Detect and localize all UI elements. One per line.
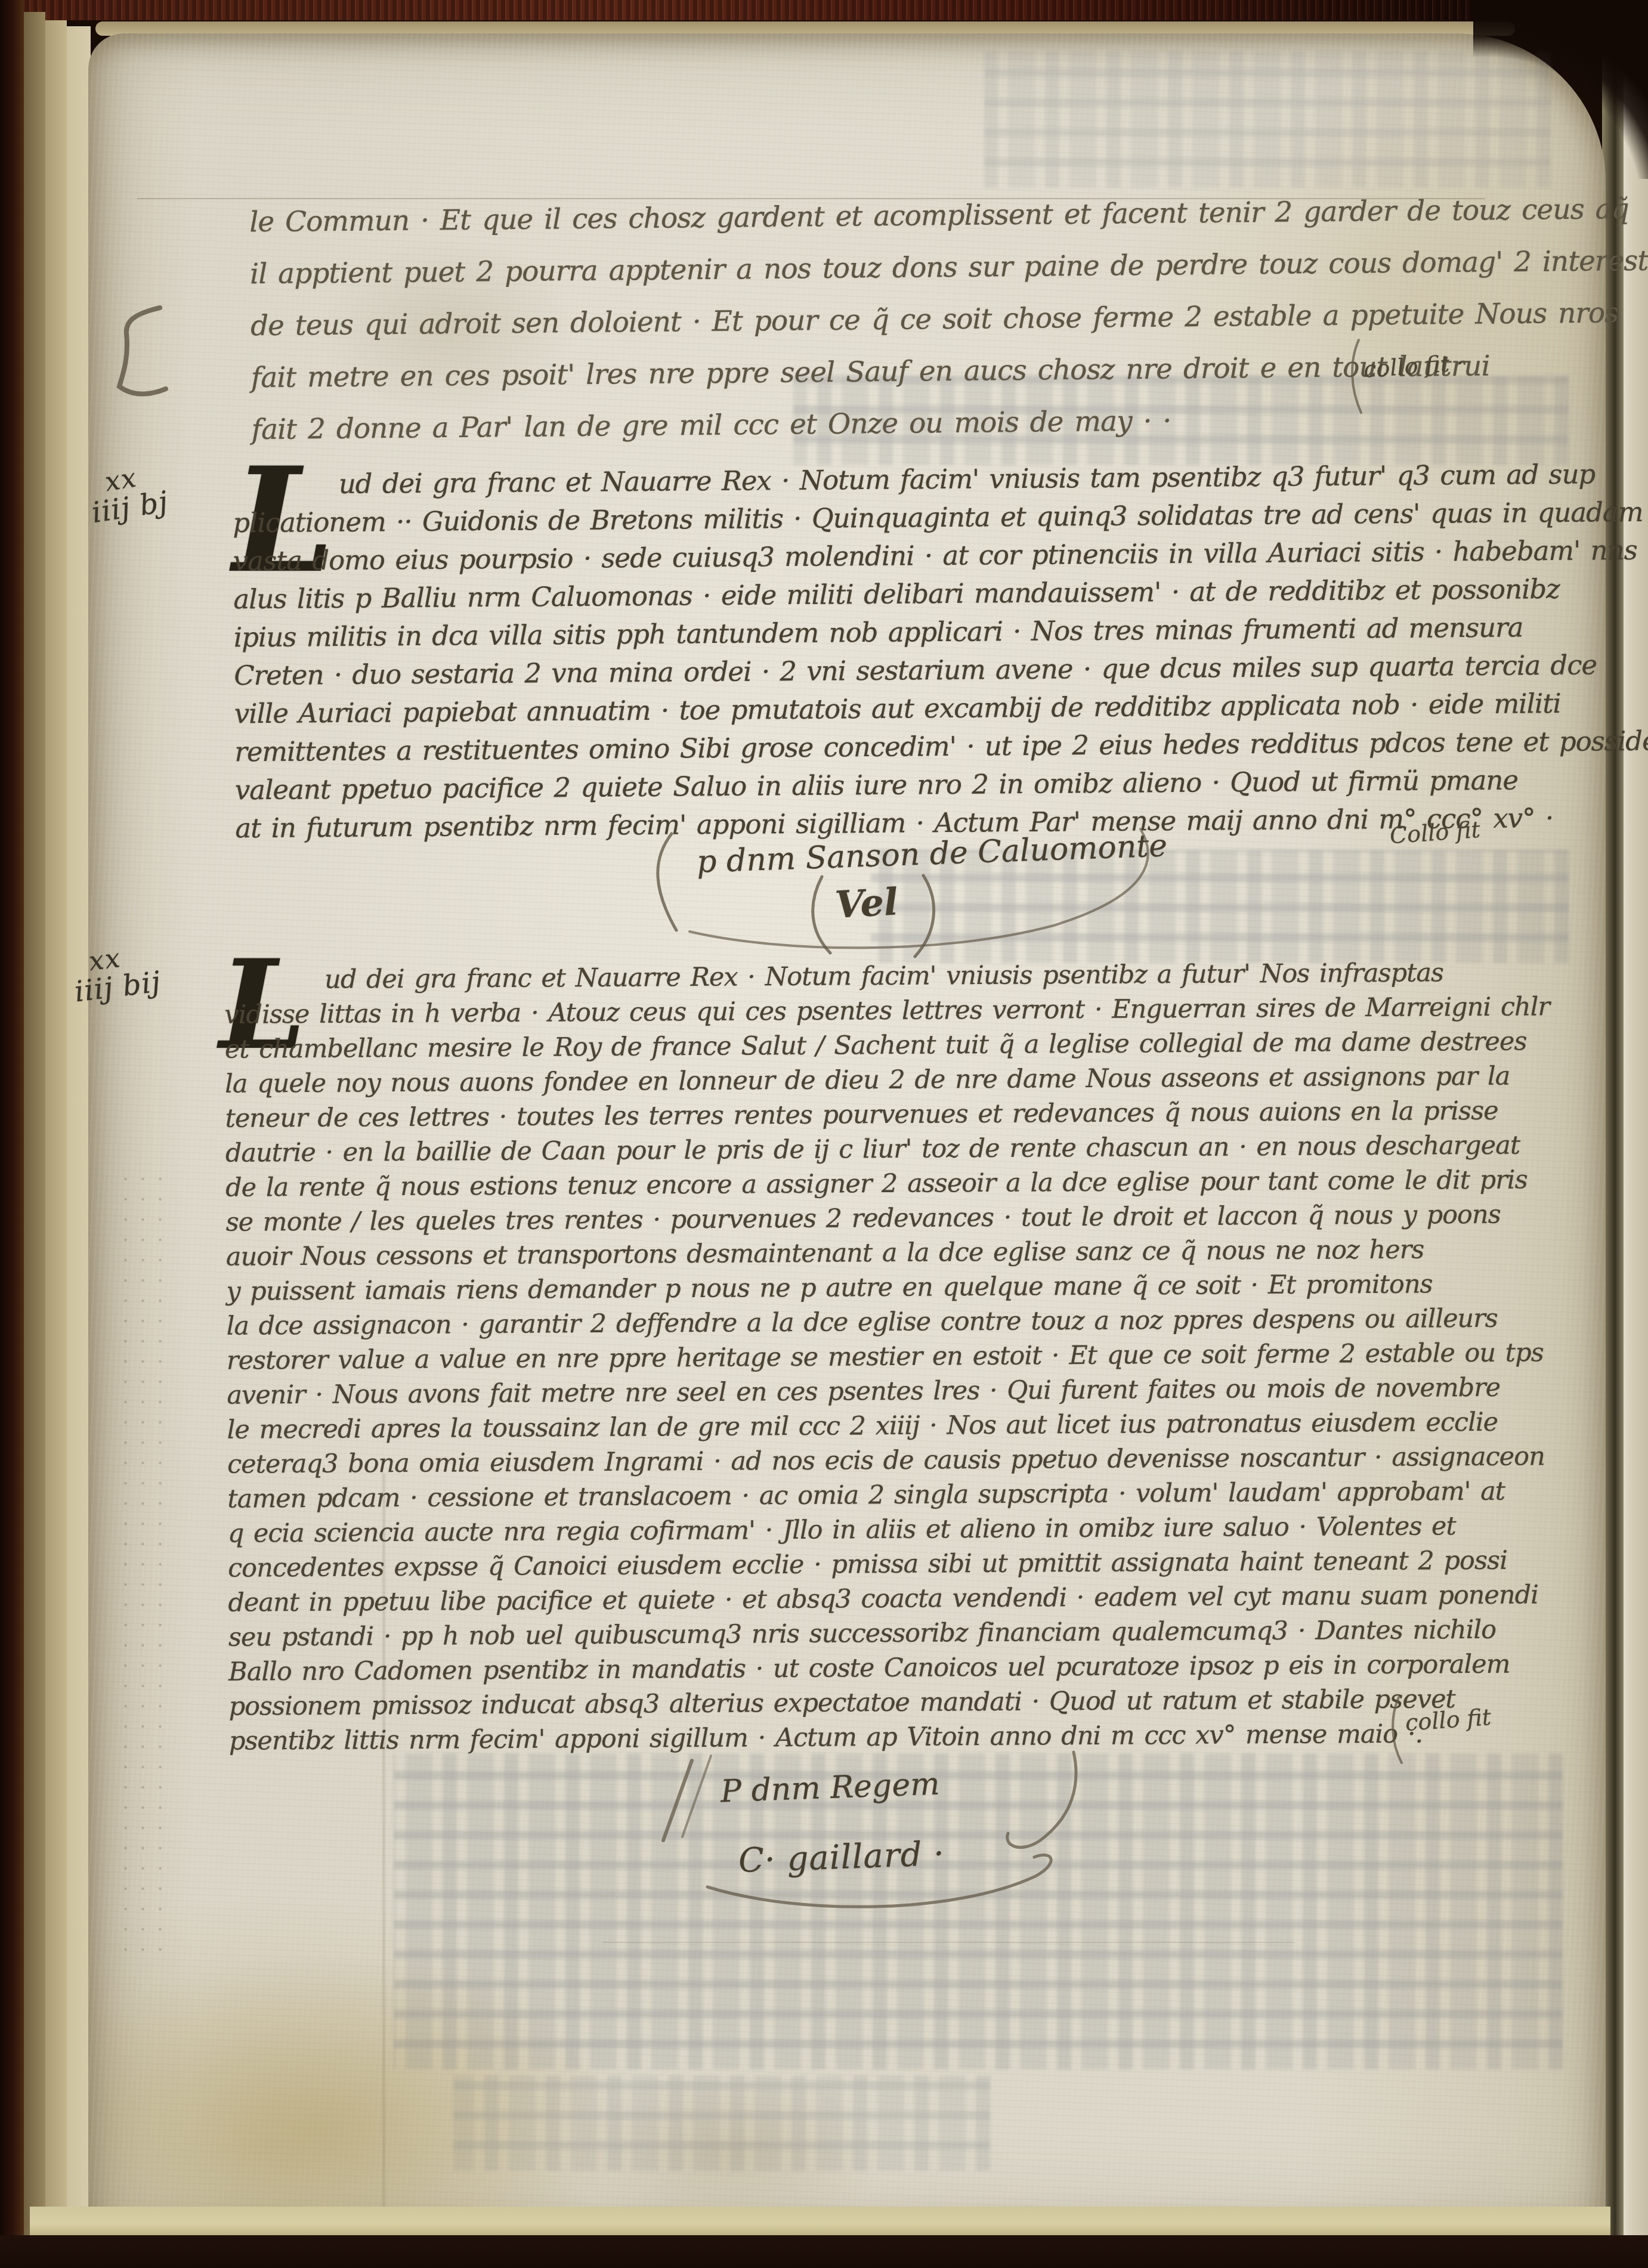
page-bottom-edge: [30, 2207, 1610, 2238]
charter-entry-2-text: ud dei gra franc et Nauarre Rex · Notum …: [233, 455, 1648, 848]
book-binding-top-edge: [0, 0, 1648, 20]
page-stack-edge: [67, 26, 91, 2264]
page-stack-edge: [24, 12, 45, 2260]
photo-corner-shadow: [1473, 0, 1648, 179]
chancery-vel-mark: Vel: [834, 880, 899, 926]
book-spine-shadow: [0, 0, 24, 2268]
margin-entry-number: xx iiij bj: [85, 459, 171, 530]
manuscript-photo: le Commun · Et que il ces chosz gardent …: [0, 0, 1648, 2268]
charter-entry-1-text: le Commun · Et que il ces chosz gardent …: [249, 183, 1648, 456]
notary-signature: C· gaillard ·: [738, 1834, 945, 1880]
chancery-subscription: P dnm Regem: [720, 1766, 940, 1810]
photo-bottom-edge: [0, 2235, 1648, 2268]
charter-entry-3-text: ud dei gra franc et Nauarre Rex · Notum …: [224, 955, 1554, 1759]
ruling-line: [602, 1942, 1294, 1943]
page-stack-edge: [45, 20, 67, 2263]
margin-entry-number: xx iiij bij: [69, 939, 162, 1009]
